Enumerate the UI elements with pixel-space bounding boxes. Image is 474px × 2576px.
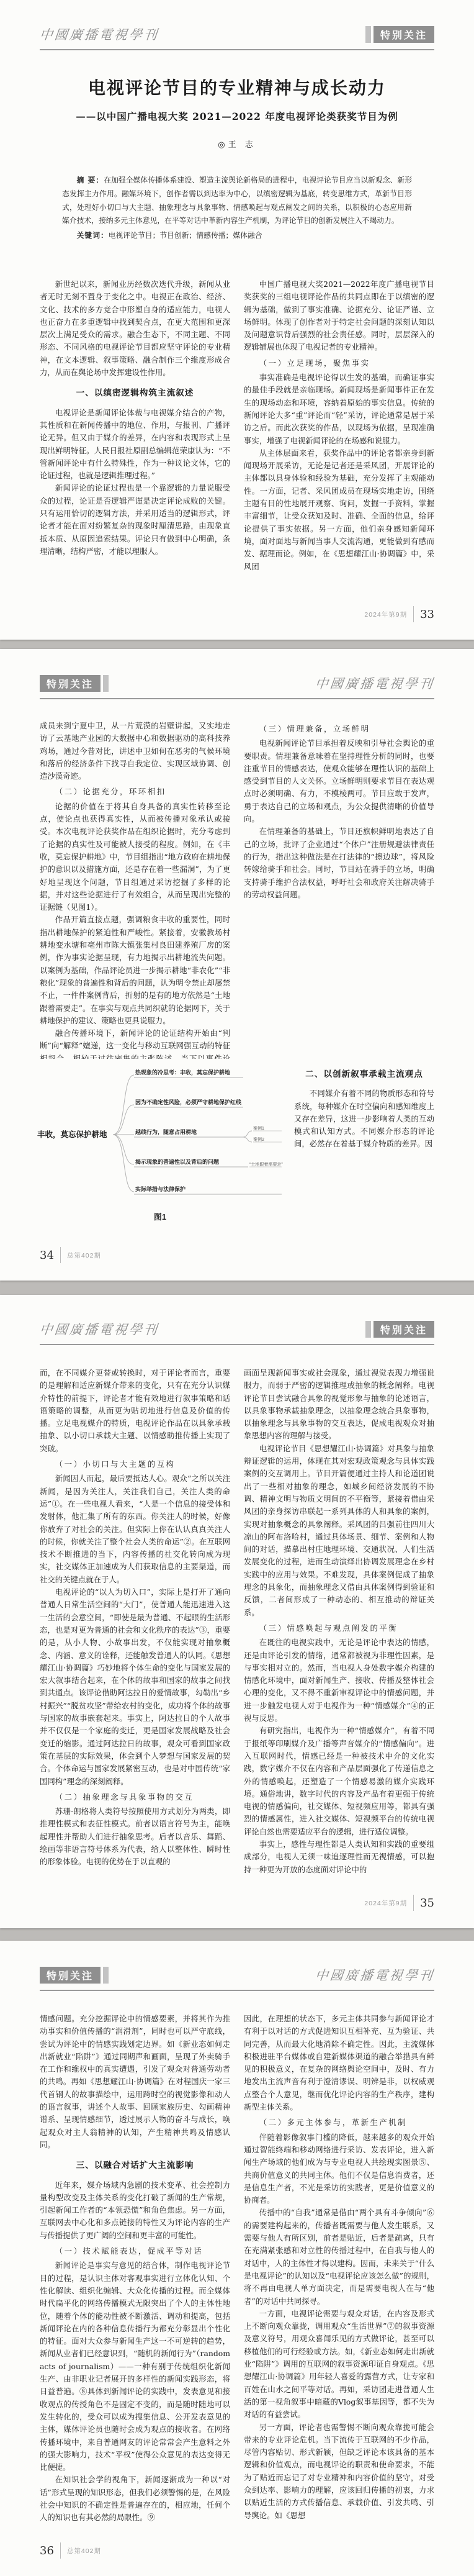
body-columns: 新世纪以来，新闻业历经数次迭代升级，新闻从业者无时无刻不置身于变化之中。电视正在… <box>40 278 434 589</box>
svg-text:越线行为，随意占用耕地: 越线行为，随意占用耕地 <box>135 1128 197 1136</box>
svg-text:因为不确定性风险，必须严守耕地保护红线: 因为不确定性风险，必须严守耕地保护红线 <box>135 1099 242 1106</box>
page-header: 中國廣播電視學刊 特别关注 <box>40 24 434 45</box>
issue-label: 2024年第9期 <box>364 610 407 619</box>
page-footer: 2024年第9期 35 <box>364 1895 434 1911</box>
page-header: 特别关注 中國廣播電視學刊 <box>40 673 434 694</box>
paragraph: 近年来，媒介场域内急剧的技术变革、社会控制力量构型改变及主体关系的变化打破了新闻… <box>40 2179 230 2242</box>
page-number: 36 <box>40 2544 54 2557</box>
page-footer: 34 总第402期 <box>40 1247 101 1263</box>
issue-label: 2024年第9期 <box>364 1898 407 1908</box>
page-header: 特别关注 中國廣播電視學刊 <box>40 1964 434 1985</box>
badge-accent-square <box>103 675 109 692</box>
sub-heading: （二）抽象理念与具象事物的交互 <box>40 1791 230 1803</box>
journal-page-35: 中國廣播電視學刊 特别关注 而，在不同媒介更替或转换时，对于评论者而言，重要的是… <box>0 1295 474 1928</box>
badge-accent-square <box>365 1321 371 1338</box>
text-column-right: 画面呈现新闻事实或社会现象，通过视觉表现力增强说服力，而弱于严密的逻辑推理或抽象… <box>244 1367 434 1877</box>
paragraph: 在情理兼备的基础上，节目还旗帜鲜明地表达了自己的立场，批评了企业通过“个体户”注… <box>244 825 434 901</box>
paragraph: 新闻评论是事实与意见的结合体，制作电视评论节目的过程，是认识主体对客观事实进行立… <box>40 2259 230 2474</box>
body-columns: 情感问题。充分挖掘评论中的情感要素，并将其作为推动事实和价值传播的“润滑剂”，同… <box>40 2013 434 2523</box>
text-column-left: 新世纪以来，新闻业历经数次迭代升级，新闻从业者无时无刻不置身于变化之中。电视正在… <box>40 278 230 589</box>
footer-divider <box>413 606 414 622</box>
svg-text:揭示现象的普遍性以及背后的问题: 揭示现象的普遍性以及背后的问题 <box>135 1158 219 1165</box>
paragraph: 一方面，电视评论需要与观众对话，在内容及形式上不断向观众靠拢，调用观众“生活世界… <box>244 2308 434 2421</box>
article-author: ◎王 志 <box>40 138 434 150</box>
body-columns: 成员来到宁夏中卫，从一片荒漠的岩壁讲起，又实地走访了云基地产业园的大数据中心和数… <box>40 720 434 1059</box>
figure-mindmap: 丰收，莫忘保护耕地热现象的冷思考：丰收，莫忘保护耕地因为不确定性风险，必须严守耕… <box>35 1060 285 1222</box>
figure-row: 丰收，莫忘保护耕地热现象的冷思考：丰收，莫忘保护耕地因为不确定性风险，必须严守耕… <box>35 1060 434 1222</box>
svg-text:案例2: 案例2 <box>253 1136 264 1142</box>
paragraph: 融合传播环境下，新闻评论的论证结构开始由“判断”向“解释”嬗递，这一变化与移动互… <box>40 1027 230 1059</box>
paragraph: 不同媒介有着不同的物质形态和符号系统，每种媒介在时空偏向和感知维度上又存在差异，… <box>294 1087 434 1150</box>
body-columns: 而，在不同媒介更替或转换时，对于评论者而言，重要的是理解和适应新媒介带来的变化，… <box>40 1367 434 1877</box>
badge-label: 特别关注 <box>373 1321 434 1338</box>
special-focus-badge: 特别关注 <box>40 1967 109 1984</box>
paragraph: 电视评论是新闻评论体裁与电视媒介结合的产物，其性质和在新闻传播中的地位、作用，与… <box>40 407 230 483</box>
badge-label: 特别关注 <box>373 26 434 43</box>
paragraph: 新闻因人而起，最后要抵达人心。观众“之所以关注新闻，是因为关注人，关注我们自己，… <box>40 1472 230 1586</box>
badge-label: 特别关注 <box>40 675 101 692</box>
paragraph: 事实上，感性与理性都是人类认知和实践的重要组成部分，电视人无须一味追逐理性而无视… <box>244 1838 434 1876</box>
page-number: 33 <box>420 608 434 621</box>
sub-heading: （一）小切口与大主题的互构 <box>40 1458 230 1471</box>
abstract: 摘 要：在加强全媒体传播体系建设、塑造主流舆论新格局的进程中，电视评论节目应当以… <box>62 174 412 228</box>
header-rule <box>40 1344 434 1345</box>
paragraph: 而，在不同媒介更替或转换时，对于评论者而言，重要的是理解和适应新媒介带来的变化，… <box>40 1367 230 1455</box>
journal-page-34: 特别关注 中國廣播電視學刊 成员来到宁夏中卫，从一片荒漠的岩壁讲起，又实地走访了… <box>0 649 474 1281</box>
paragraph: 电视新闻评论节目承担着反映和引导社会舆论的重要职责。情理兼备意味着在坚持理性分析… <box>244 737 434 825</box>
svg-text:实际举措与法律保护: 实际举措与法律保护 <box>135 1186 186 1192</box>
keywords-label: 关键词： <box>77 231 109 240</box>
paragraph: 另一方面，评论者也需警惕不断向观众靠拢可能会带来的专业评论危机。当下流传于互联网… <box>244 2421 434 2522</box>
text-column-left: 情感问题。充分挖掘评论中的情感要素，并将其作为推动事实和价值传播的“润滑剂”，同… <box>40 2013 230 2523</box>
section-heading: 三、以融合对话扩大主流影响 <box>40 2159 230 2172</box>
keywords: 关键词：电视评论节目；节目创新；情感传播；媒体融合 <box>62 229 412 243</box>
badge-label: 特别关注 <box>40 1967 101 1984</box>
journal-page-33: 中國廣播電視學刊 特别关注 电视评论节目的专业精神与成长动力 ——以中国广播电视… <box>0 0 474 640</box>
paragraph: 有研究指出，电视作为一种“情感媒介”，有着不同于报纸等印刷媒介及广播等声音媒介的… <box>244 1725 434 1838</box>
paragraph: 苏珊·朗格将人类符号按照使用方式划分为两类，即推理性模式和表征性模式。前者以语言… <box>40 1805 230 1868</box>
sub-heading: （一）技术赋能表达，促成平等对话 <box>40 2245 230 2257</box>
special-focus-badge: 特别关注 <box>40 675 109 692</box>
abstract-block: 摘 要：在加强全媒体传播体系建设、塑造主流舆论新格局的进程中，电视评论节目应当以… <box>62 174 412 243</box>
paragraph: 事实准确是电视评论得以生发的基础，而确证事实的最佳手段就是亲临现场。新闻现场是新… <box>244 371 434 447</box>
sub-heading: （一）立足现场，聚焦事实 <box>244 357 434 370</box>
text-column-right: （三）情理兼备，立场鲜明电视新闻评论节目承担着反映和引导社会舆论的重要职责。情理… <box>244 720 434 1059</box>
paragraph: 电视评论节目《思想耀江山·协调篇》对具象与抽象辩证逻辑的运用，体现在其对宏观政策… <box>244 1443 434 1619</box>
text-column-right-bottom: 二、以创新叙事承载主流观点不同媒介有着不同的物质形态和符号系统，每种媒介在时空偏… <box>285 1060 434 1222</box>
journal-logo: 中國廣播電視學刊 <box>314 1966 435 1984</box>
special-focus-badge: 特别关注 <box>365 1321 434 1338</box>
title-block: 电视评论节目的专业精神与成长动力 ——以中国广播电视大奖 2021—2022 年… <box>40 75 434 150</box>
special-focus-badge: 特别关注 <box>365 26 434 43</box>
journal-logo: 中國廣播電視學刊 <box>314 674 435 692</box>
article-title: 电视评论节目的专业精神与成长动力 <box>40 75 434 99</box>
sub-heading: （三）情感唤起与观点阐发的平衡 <box>244 1622 434 1635</box>
text-column-right: 中国广播电视大奖2021—2022年度广播电视节目奖获奖的三组电视评论作品的共同… <box>244 278 434 589</box>
svg-text:丰收，莫忘保护耕地: 丰收，莫忘保护耕地 <box>37 1130 107 1139</box>
paragraph: 在知识社会学的视角下，新闻逐渐成为一种以“对话”形式呈现的知识形态，但我们必须警… <box>40 2474 230 2523</box>
text-column-left: 成员来到宁夏中卫，从一片荒漠的岩壁讲起，又实地走访了云基地产业园的大数据中心和数… <box>40 720 230 1059</box>
paragraph: 传播中的“自我”通常是借由“两个具有斗争倾向”⑥的需要建构起来的，传播者既需要与… <box>244 2206 434 2307</box>
paragraph: 中国广播电视大奖2021—2022年度广播电视节目奖获奖的三组电视评论作品的共同… <box>244 278 434 354</box>
sub-heading: （二）多元主体参与，革新生产机制 <box>244 2116 434 2129</box>
page-number: 34 <box>40 1249 54 1262</box>
paragraph: 论据的价值在于将其自身具备的真实性转移至论点，使论点也获得真实性，从而被传播对象… <box>40 800 230 914</box>
journal-logo: 中國廣播電視學刊 <box>38 25 159 43</box>
figure-caption: 图1 <box>35 1210 285 1222</box>
sub-heading: （二）论据充分，环环相扣 <box>40 786 230 798</box>
text-column-right: 因此，在理想的状态下，多元主体共同参与新闻评论才有利于以对话的方式促进知识互相补… <box>244 2013 434 2523</box>
badge-accent-square <box>365 26 371 43</box>
svg-text:热现象的冷思考：丰收，莫忘保护耕地: 热现象的冷思考：丰收，莫忘保护耕地 <box>135 1069 230 1076</box>
paragraph: 因此，在理想的状态下，多元主体共同参与新闻评论才有利于以对话的方式促进知识互相补… <box>244 2013 434 2113</box>
svg-text:案例1: 案例1 <box>253 1125 264 1131</box>
section-heading: 一、以缜密逻辑构筑主流叙述 <box>40 387 230 399</box>
section-heading: 二、以创新叙事承载主流观点 <box>294 1068 434 1081</box>
mindmap-figure: 丰收，莫忘保护耕地热现象的冷思考：丰收，莫忘保护耕地因为不确定性风险，必须严守耕… <box>35 1060 285 1207</box>
header-rule <box>40 1990 434 1991</box>
footer-divider <box>60 1247 61 1263</box>
paragraph: 伴随着影像叙事门槛的降低，越来越多的观众开始通过智能终端和移动网络进行采访、发表… <box>244 2131 434 2207</box>
footer-divider <box>413 1895 414 1911</box>
badge-accent-square <box>103 1967 109 1984</box>
paragraph: 从主体层面来看，获奖作品中的评论者都亲身到新闻现场开展采访，无论是记者还是采风团… <box>244 447 434 573</box>
sub-heading: （三）情理兼备，立场鲜明 <box>244 723 434 735</box>
header-rule <box>40 698 434 699</box>
paragraph: 在既往的电视实践中，无论是评论中表达的情感，还是由评论引发的情绪，通常都被视为非… <box>244 1636 434 1725</box>
page-number: 35 <box>420 1897 434 1910</box>
page-footer: 36 总第402期 <box>40 2542 101 2559</box>
paragraph: 新世纪以来，新闻业历经数次迭代升级，新闻从业者无时无刻不置身于变化之中。电视正在… <box>40 278 230 379</box>
paragraph: 成员来到宁夏中卫，从一片荒漠的岩壁讲起，又实地走访了云基地产业园的大数据中心和数… <box>40 720 230 782</box>
paragraph: 作品开篇直接点题，强调粮食丰收的重要性，同时指出耕地保护的紧迫性和严峻性。紧接着… <box>40 914 230 1027</box>
text-column-left: 而，在不同媒介更替或转换时，对于评论者而言，重要的是理解和适应新媒介带来的变化，… <box>40 1367 230 1877</box>
abstract-label: 摘 要： <box>77 176 104 184</box>
page-header: 中國廣播電視學刊 特别关注 <box>40 1318 434 1340</box>
journal-logo: 中國廣播電視學刊 <box>38 1320 159 1338</box>
volume-label: 总第402期 <box>67 1251 101 1260</box>
journal-page-36: 特别关注 中國廣播電視學刊 情感问题。充分挖掘评论中的情感要素，并将其作为推动事… <box>0 1941 474 2576</box>
paragraph: 画面呈现新闻事实或社会现象，通过视觉表现力增强说服力，而弱于严密的逻辑推理或抽象… <box>244 1367 434 1443</box>
svg-text:“土地跟着需要走”: “土地跟着需要走” <box>249 1161 283 1167</box>
paragraph: 新闻评论的论证过程也是一个靠逻辑的力量说服受众的过程，论证是否逻辑严谨是决定评论… <box>40 482 230 558</box>
paragraph: 情感问题。充分挖掘评论中的情感要素，并将其作为推动事实和价值传播的“润滑剂”，同… <box>40 2013 230 2151</box>
paragraph: 电视评论的“以人为切入口”，实际上是打开了通向普通人日常生活空间的“大门”，使普… <box>40 1586 230 1788</box>
header-rule <box>40 49 434 50</box>
page-footer: 2024年第9期 33 <box>364 606 434 622</box>
volume-label: 总第402期 <box>67 2546 101 2556</box>
footer-divider <box>60 2542 61 2559</box>
article-subtitle: ——以中国广播电视大奖 2021—2022 年度电视评论类获奖节目为例 <box>40 109 434 123</box>
